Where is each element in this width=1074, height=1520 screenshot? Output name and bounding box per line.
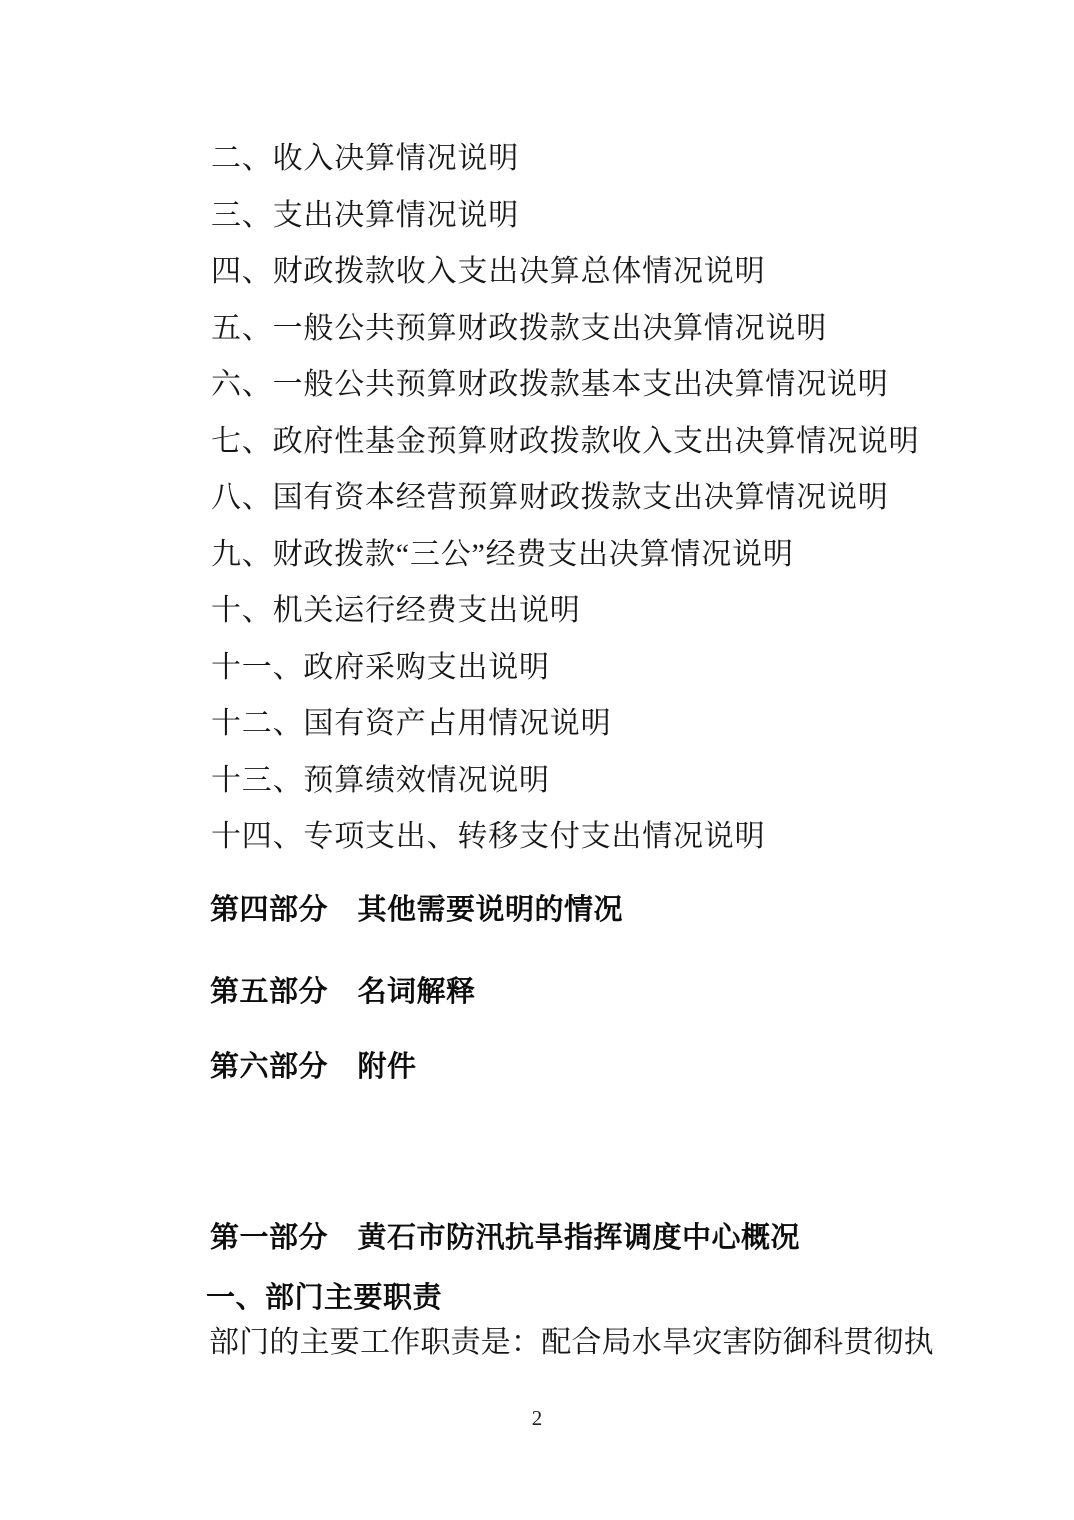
toc-item: 十、机关运行经费支出说明	[211, 579, 1014, 636]
part-one-heading: 第一部分 黄石市防汛抗旱指挥调度中心概况	[210, 1218, 800, 1258]
toc-item: 三、支出决算情况说明	[211, 184, 1014, 241]
part-six-heading: 第六部分 附件	[210, 1047, 417, 1087]
toc-item: 十一、政府采购支出说明	[211, 636, 1014, 693]
document-page: 二、收入决算情况说明 三、支出决算情况说明 四、财政拨款收入支出决算总体情况说明…	[0, 0, 1074, 1520]
toc-item: 四、财政拨款收入支出决算总体情况说明	[211, 240, 1014, 297]
toc-item: 八、国有资本经营预算财政拨款支出决算情况说明	[211, 466, 1014, 523]
toc-item: 六、一般公共预算财政拨款基本支出决算情况说明	[211, 353, 1014, 410]
part-five-heading: 第五部分 名词解释	[210, 972, 476, 1012]
toc-item: 七、政府性基金预算财政拨款收入支出决算情况说明	[211, 410, 1014, 467]
body-paragraph: 部门的主要工作职责是：配合局水旱灾害防御科贯彻执	[209, 1323, 934, 1363]
toc-item: 十四、专项支出、转移支付支出情况说明	[211, 805, 1014, 862]
page-number: 2	[0, 1406, 1074, 1431]
table-of-contents: 二、收入决算情况说明 三、支出决算情况说明 四、财政拨款收入支出决算总体情况说明…	[211, 127, 1014, 862]
toc-item: 五、一般公共预算财政拨款支出决算情况说明	[211, 297, 1014, 354]
section-one-heading: 一、部门主要职责	[206, 1278, 442, 1318]
toc-item: 九、财政拨款“三公”经费支出决算情况说明	[211, 523, 1014, 580]
toc-item: 二、收入决算情况说明	[211, 127, 1014, 184]
toc-item: 十二、国有资产占用情况说明	[211, 692, 1014, 749]
toc-item: 十三、预算绩效情况说明	[211, 749, 1014, 806]
part-four-heading: 第四部分 其他需要说明的情况	[210, 890, 623, 930]
